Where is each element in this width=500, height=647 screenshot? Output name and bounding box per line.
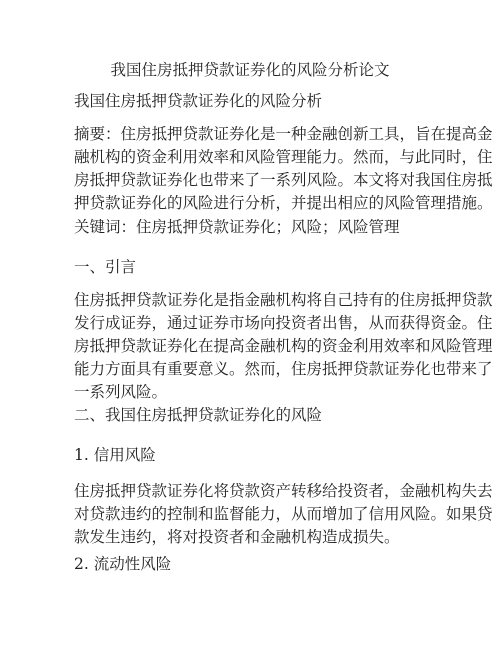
paragraph-line: 能力方面具有重要意义。然而，住房抵押贷款证券化也带来了 [74,358,444,381]
section-heading-introduction: 一、引言 [74,256,444,279]
subtitle-text: 我国住房抵押贷款证券化的风险分析 [74,90,444,113]
introduction-paragraph: 住房抵押贷款证券化是指金融机构将自己持有的住房抵押贷款 发行成证券，通过证券市场… [74,289,444,404]
abstract-line: 房抵押贷款证券化也带来了一系列风险。本文将对我国住房抵 [74,169,444,192]
abstract-line: 融机构的资金利用效率和风险管理能力。然而，与此同时，住 [74,146,444,169]
subsection-heading-credit-risk: 1. 信用风险 [74,444,444,467]
credit-risk-paragraph: 住房抵押贷款证券化将贷款资产转移给投资者，金融机构失去 对贷款违约的控制和监督能… [74,480,444,549]
section-heading-text: 一、引言 [74,256,444,279]
abstract-paragraph: 摘要：住房抵押贷款证券化是一种金融创新工具，旨在提高金 融机构的资金利用效率和风… [74,123,444,215]
section-heading-text: 二、我国住房抵押贷款证券化的风险 [74,404,444,427]
paragraph-line: 发行成证券，通过证券市场向投资者出售，从而获得资金。住 [74,312,444,335]
subsection-heading-liquidity-risk: 2. 流动性风险 [74,553,444,576]
abstract-line: 摘要：住房抵押贷款证券化是一种金融创新工具，旨在提高金 [74,123,444,146]
subsection-heading-text: 1. 信用风险 [74,444,444,467]
paragraph-line: 对贷款违约的控制和监督能力，从而增加了信用风险。如果贷 [74,503,444,526]
keywords-text: 关键词：住房抵押贷款证券化；风险；风险管理 [74,216,444,239]
paragraph-line: 一系列风险。 [74,381,444,404]
paragraph-line: 住房抵押贷款证券化将贷款资产转移给投资者，金融机构失去 [74,480,444,503]
paragraph-line: 住房抵押贷款证券化是指金融机构将自己持有的住房抵押贷款 [74,289,444,312]
subsection-heading-text: 2. 流动性风险 [74,553,444,576]
keywords-line: 关键词：住房抵押贷款证券化；风险；风险管理 [74,216,444,239]
paragraph-line: 款发生违约，将对投资者和金融机构造成损失。 [74,526,444,549]
document-title: 我国住房抵押贷款证券化的风险分析论文 [0,59,500,81]
paragraph-line: 房抵押贷款证券化在提高金融机构的资金利用效率和风险管理 [74,335,444,358]
abstract-line: 押贷款证券化的风险进行分析，并提出相应的风险管理措施。 [74,192,444,215]
section-heading-risks: 二、我国住房抵押贷款证券化的风险 [74,404,444,427]
document-page: 我国住房抵押贷款证券化的风险分析论文 我国住房抵押贷款证券化的风险分析 摘要：住… [0,0,500,647]
document-subtitle: 我国住房抵押贷款证券化的风险分析 [74,90,444,113]
